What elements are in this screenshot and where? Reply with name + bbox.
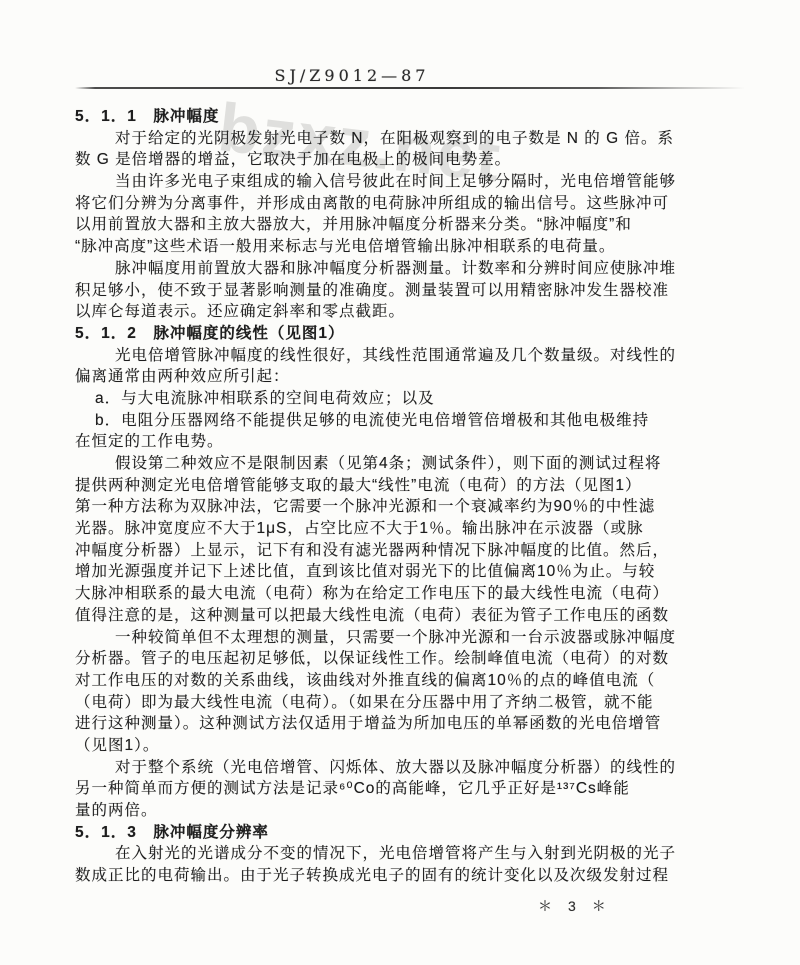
- standard-number: SJ/Z9012—87: [0, 66, 704, 85]
- page-footer: ＊ 3 ＊: [538, 896, 606, 916]
- text-line: （见图1）。: [75, 735, 755, 757]
- text-line: 光器。脉冲宽度应不大于1μS，占空比应不大于1％。输出脉冲在示波器（或脉: [75, 518, 755, 540]
- text-line: 以用前置放大器和主放大器放大，并用脉冲幅度分析器来分类。“脉冲幅度”和: [75, 214, 755, 236]
- text-line: 提供两种测定光电倍增管能够支取的最大“线性”电流（电荷）的方法（见图1）: [75, 475, 755, 497]
- text-line: 当由许多光电子束组成的输入信号彼此在时间上足够分隔时，光电倍增管能够: [75, 171, 755, 193]
- text-line: 第一种方法称为双脉冲法，它需要一个脉冲光源和一个衰减率约为90％的中性滤: [75, 496, 755, 518]
- section-heading: 5．1．3 脉冲幅度分辨率: [75, 822, 755, 844]
- text-line: 值得注意的是，这种测量可以把最大线性电流（电荷）表征为管子工作电压的函数: [75, 605, 755, 627]
- section-heading: 5．1．1 脉冲幅度: [75, 106, 755, 128]
- text-line: 量的两倍。: [75, 800, 755, 822]
- header-rule: [75, 87, 745, 89]
- text-line: 积足够小，使不致于显著影响测量的准确度。测量装置可以用精密脉冲发生器校准: [75, 280, 755, 302]
- text-line: 对工作电压的对数的关系曲线，该曲线对外推直线的偏离10％的点的峰值电流（: [75, 670, 755, 692]
- text-line: 在入射光的光谱成分不变的情况下，光电倍增管将产生与入射到光阴极的光子: [75, 843, 755, 865]
- text-line: 对于整个系统（光电倍增管、闪烁体、放大器以及脉冲幅度分析器）的线性的: [75, 757, 755, 779]
- document-body: 5．1．1 脉冲幅度 对于给定的光阴极发射光电子数 N，在阳极观察到的电子数是 …: [75, 106, 755, 887]
- text-line: 增加光源强度并记下上述比值，直到该比值对弱光下的比值偏离10％为止。与较: [75, 561, 755, 583]
- text-line: 进行这种测量）。这种测试方法仅适用于增益为所加电压的单幂函数的光电倍增管: [75, 713, 755, 735]
- scanned-document-page: bzxz.net SJ/Z9012—87 5．1．1 脉冲幅度 对于给定的光阴极…: [0, 0, 800, 965]
- text-line: 冲幅度分析器）上显示，记下有和没有滤光器两种情况下脉冲幅度的比值。然后，: [75, 540, 755, 562]
- text-line: “脉冲高度”这些术语一般用来标志与光电倍增管输出脉冲相联系的电荷量。: [75, 236, 755, 258]
- text-line: 数 G 是倍增器的增益，它取决于加在电极上的极间电势差。: [75, 149, 755, 171]
- text-line: 数成正比的电荷输出。由于光子转换成光电子的固有的统计变化以及次级发射过程: [75, 865, 755, 887]
- text-line: 光电倍增管脉冲幅度的线性很好，其线性范围通常遍及几个数量级。对线性的: [75, 345, 755, 367]
- text-line: 偏离通常由两种效应所引起：: [75, 366, 755, 388]
- footer-star-right: ＊: [592, 896, 606, 916]
- list-item-a: a．与大电流脉冲相联系的空间电荷效应；以及: [75, 388, 755, 410]
- section-heading: 5．1．2 脉冲幅度的线性（见图1）: [75, 323, 755, 345]
- text-line: 对于给定的光阴极发射光电子数 N，在阳极观察到的电子数是 N 的 G 倍。系: [75, 128, 755, 150]
- text-line: 将它们分辨为分离事件，并形成由离散的电荷脉冲所组成的输出信号。这些脉冲可: [75, 193, 755, 215]
- text-line: 大脉冲相联系的最大电流（电荷）称为在给定工作电压下的最大线性电流（电荷）: [75, 583, 755, 605]
- text-line: 在恒定的工作电势。: [75, 431, 755, 453]
- text-line: 以库仑每道表示。还应确定斜率和零点截距。: [75, 301, 755, 323]
- text-line: 假设第二种效应不是限制因素（见第4条；测试条件），则下面的测试过程将: [75, 453, 755, 475]
- text-line: （电荷）即为最大线性电流（电荷）。（如果在分压器中用了齐纳二极管，就不能: [75, 692, 755, 714]
- footer-page-number: 3: [568, 898, 576, 914]
- footer-star-left: ＊: [538, 896, 552, 916]
- text-line: 脉冲幅度用前置放大器和脉冲幅度分析器测量。计数率和分辨时间应使脉冲堆: [75, 258, 755, 280]
- list-item-b: b．电阻分压器网络不能提供足够的电流使光电倍增管倍增极和其他电极维持: [75, 410, 755, 432]
- text-line: 分析器。管子的电压起初足够低，以保证线性工作。绘制峰值电流（电荷）的对数: [75, 648, 755, 670]
- text-line: 另一种简单而方便的测试方法是记录⁶⁰Co的高能峰，它几乎正好是¹³⁷Cs峰能: [75, 778, 755, 800]
- text-line: 一种较简单但不太理想的测量，只需要一个脉冲光源和一台示波器或脉冲幅度: [75, 627, 755, 649]
